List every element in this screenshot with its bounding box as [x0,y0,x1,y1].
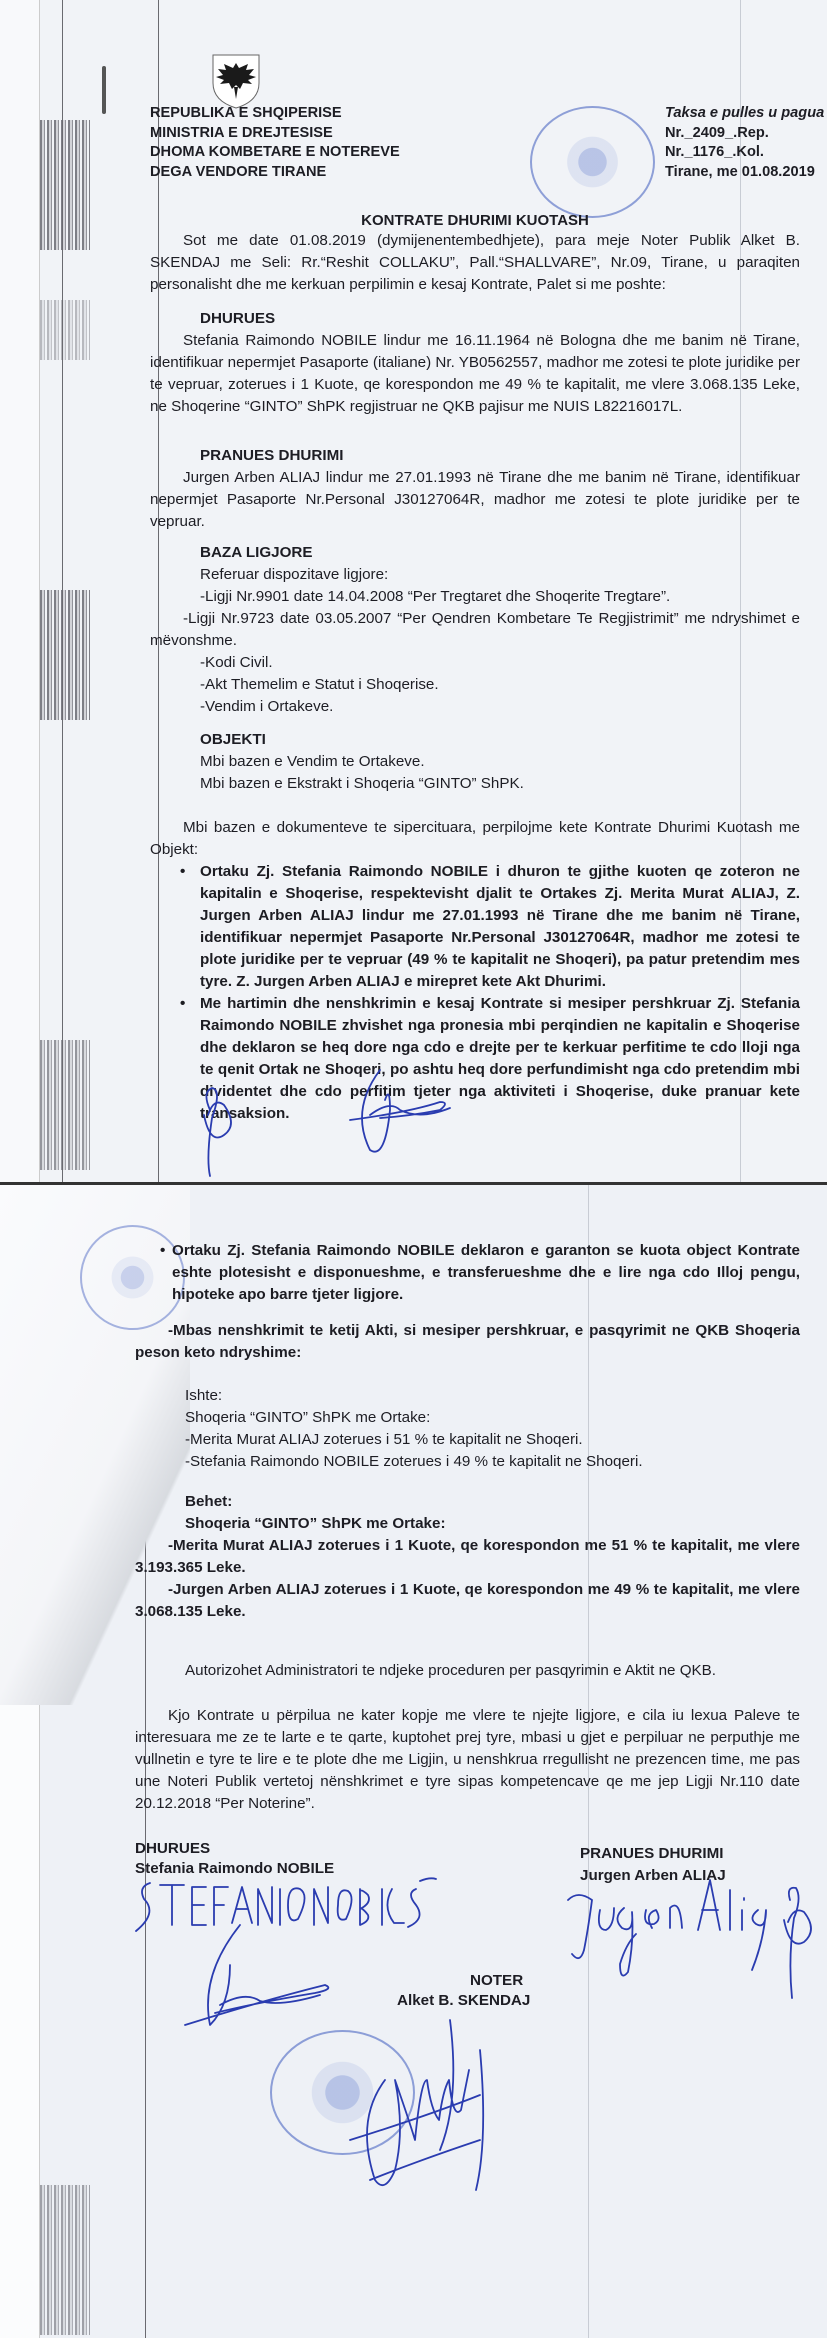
rep-number: Nr._2409_.Rep. [665,124,824,144]
legal-basis-item: -Ligji Nr.9901 date 14.04.2008 “Per Treg… [200,586,670,608]
scanner-edge [0,0,40,1182]
header-line: DHOMA KOMBETARE E NOTEREVE [150,143,400,163]
scanner-streak [40,120,90,250]
scanner-streak [40,1040,90,1170]
legal-basis-item: -Akt Themelim e Statut i Shoqerise. [200,674,439,696]
header-line: REPUBLIKA E SHQIPERISE [150,104,400,124]
donor-role: DHURUES [135,1838,210,1860]
donor-initials-signature [340,1060,500,1160]
changes-intro: -Mbas nenshkrimit te ketij Akti, si mesi… [135,1320,800,1364]
after-partner: -Jurgen Arben ALIAJ zoterues i 1 Kuote, … [135,1579,800,1623]
donor-signature [180,1925,380,2035]
before-label: Ishte: [185,1385,222,1407]
after-label: Behet: [185,1491,232,1513]
guarantee-bullet: Ortaku Zj. Stefania Raimondo NOBILE dekl… [130,1240,800,1306]
registry-header: Taksa e pulles u pagua Nr._2409_.Rep. Nr… [665,104,824,182]
notary-role: NOTER [470,1970,523,1992]
header-line: DEGA VENDORE TIRANE [150,163,400,183]
object-heading: OBJEKTI [200,729,266,751]
scanner-streak [40,590,90,720]
guarantee-bullets: Ortaku Zj. Stefania Raimondo NOBILE dekl… [130,1240,800,1306]
authorization-text: Autorizohet Administratori te ndjeke pro… [185,1660,716,1682]
before-partner: -Stefania Raimondo NOBILE zoterues i 49 … [185,1451,643,1473]
scan-line [62,0,63,1182]
notary-signature [340,2020,540,2200]
legal-basis-item: -Ligji Nr.9723 date 03.05.2007 “Per Qend… [150,608,800,652]
document-page-1: REPUBLIKA E SHQIPERISE MINISTRIA E DREJT… [0,0,827,1185]
scanner-streak [40,300,90,360]
notary-stamp [530,106,655,218]
scanner-streak [40,2185,90,2335]
recipient-heading: PRANUES DHURIMI [200,445,343,467]
before-partner: -Merita Murat ALIAJ zoterues i 51 % te k… [185,1429,583,1451]
place-date: Tirane, me 01.08.2019 [665,163,824,183]
issuer-header: REPUBLIKA E SHQIPERISE MINISTRIA E DREJT… [150,104,400,182]
kol-number: Nr._1176_.Kol. [665,143,824,163]
binder-mark [102,66,106,114]
header-line: MINISTRIA E DREJTESISE [150,124,400,144]
object-lead: Mbi bazen e dokumenteve te sipercituara,… [150,817,800,861]
after-company: Shoqeria “GINTO” ShPK me Ortake: [185,1513,446,1535]
legal-basis-item: -Kodi Civil. [200,652,273,674]
recipient-role: PRANUES DHURIMI [580,1843,723,1865]
legal-basis-heading: BAZA LIGJORE [200,542,313,564]
closing-paragraph: Kjo Kontrate u përpilua ne kater kopje m… [135,1705,800,1815]
recipient-paragraph: Jurgen Arben ALIAJ lindur me 27.01.1993 … [150,467,800,533]
object-bullet: Ortaku Zj. Stefania Raimondo NOBILE i dh… [150,861,800,993]
recipient-initials-signature [190,1080,270,1180]
legal-basis-item: -Vendim i Ortakeve. [200,696,333,718]
notary-name: Alket B. SKENDAJ [397,1990,530,2012]
tax-note: Taksa e pulles u pagua [665,104,824,124]
albania-coat-of-arms-icon [210,53,262,109]
donor-paragraph: Stefania Raimondo NOBILE lindur me 16.11… [150,330,800,418]
legal-basis-intro: Referuar dispozitave ligjore: [200,564,388,586]
intro-paragraph: Sot me date 01.08.2019 (dymijenentembedh… [150,230,800,296]
before-company: Shoqeria “GINTO” ShPK me Ortake: [185,1407,430,1429]
contract-title: KONTRATE DHURIMI KUOTASH [150,210,800,232]
recipient-signature [560,1880,827,2010]
after-partner: -Merita Murat ALIAJ zoterues i 1 Kuote, … [135,1535,800,1579]
donor-heading: DHURUES [200,308,275,330]
object-line: Mbi bazen e Vendim te Ortakeve. [200,751,425,773]
document-page-2: Ortaku Zj. Stefania Raimondo NOBILE dekl… [0,1185,827,2338]
object-line: Mbi bazen e Ekstrakt i Shoqeria “GINTO” … [200,773,524,795]
